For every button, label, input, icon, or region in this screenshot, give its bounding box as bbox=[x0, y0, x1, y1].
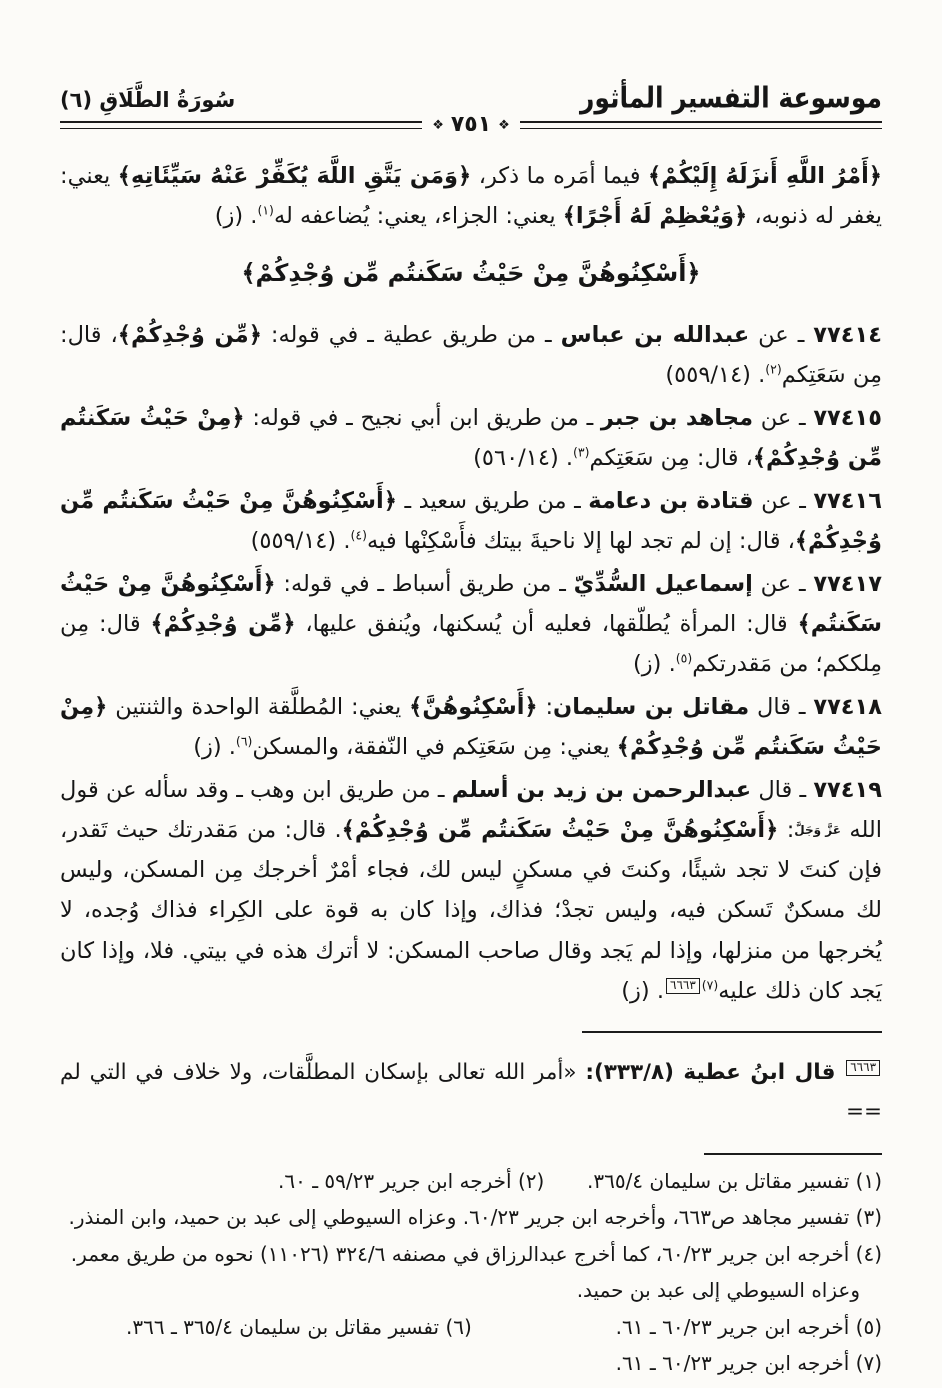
narrator-name: إسماعيل السُّدِّيّ bbox=[574, 571, 753, 597]
footnote-marker: (٤) bbox=[350, 528, 367, 543]
footnote: (١) تفسير مقاتل بن سليمان ٣٦٥/٤. bbox=[587, 1163, 882, 1199]
footnote-marker: (٦) bbox=[236, 734, 253, 749]
header-rule: ❖ ٧٥١ ❖ bbox=[60, 114, 882, 136]
footnote: (٣) تفسير مجاهد ص٦٦٣، وأخرجه ابن جرير ٦٠… bbox=[60, 1199, 882, 1235]
verse-heading: ﴿أَسْكِنُوهُنَّ مِنْ حَيْثُ سَكَنتُم مِّ… bbox=[60, 252, 882, 295]
ibn-atiyya-comment: ٦٦٦٣ قال ابنُ عطية (٣٣٣/٨): «أمر الله تع… bbox=[60, 1054, 882, 1131]
text-run: ـ عن bbox=[753, 571, 814, 597]
footnote: (٧) أخرجه ابن جرير ٦٠/٢٣ ـ ٦١. bbox=[60, 1345, 882, 1381]
footnote-marker: (١) bbox=[257, 203, 274, 218]
footnote: (٦) تفسير مقاتل بن سليمان ٣٦٥/٤ ـ ٣٦٦. bbox=[126, 1309, 472, 1345]
text-run: . (٥٥٩/١٤) bbox=[251, 528, 351, 554]
quran-quote: ﴿مِّن وُجْدِكُمْ﴾ bbox=[150, 611, 295, 637]
text-run: ـ من طريق سعيد ـ bbox=[397, 488, 588, 514]
text-run: ـ عن bbox=[754, 488, 814, 514]
footnote-marker: (٥) bbox=[676, 651, 693, 666]
surah-title: سُورَةُ الطَّلَاقِ (٦) bbox=[60, 88, 235, 112]
text-run: ـ قال bbox=[751, 777, 813, 803]
narrator-name: عبدالله بن عباس bbox=[561, 322, 750, 348]
narration-number: ٧٧٤١٩ bbox=[813, 777, 882, 803]
footnote-marker: (٧) bbox=[702, 977, 719, 992]
text-run: فيما أمَره ما ذكر، bbox=[471, 163, 648, 189]
narration-٧٧٤١٩: ٧٧٤١٩ ـ قال عبدالرحمن بن زيد بن أسلم ـ م… bbox=[60, 770, 882, 1010]
text-run: . قال: من مَقدرتك حيث تَقدر، فإن كنتَ لا… bbox=[60, 817, 882, 1003]
text-run: ، قال: مِن سَعَتِكم bbox=[590, 445, 753, 471]
narrator-name: مقاتل بن سليمان bbox=[553, 694, 749, 720]
narration-number: ٧٧٤١٤ bbox=[813, 322, 882, 348]
page-number-block: ❖ ٧٥١ ❖ bbox=[422, 114, 520, 136]
narration-number: ٧٧٤١٨ bbox=[813, 694, 882, 720]
text-run: ـ من طريق عطية ـ في قوله: bbox=[262, 322, 561, 348]
rosette-icon: ❖ bbox=[498, 119, 510, 132]
text-run: ـ عن bbox=[749, 322, 813, 348]
azza-wa-jall-mark: عَزَّ وَجَلَّ bbox=[794, 820, 841, 841]
text-run: ـ قال bbox=[749, 694, 813, 720]
cross-ref-box: ٦٦٦٣ bbox=[846, 1060, 880, 1076]
narration-number: ٧٧٤١٧ bbox=[813, 571, 882, 597]
footnote: (٢) أخرجه ابن جرير ٥٩/٢٣ ـ ٦٠. bbox=[278, 1163, 544, 1199]
quran-quote: ﴿وَمَن يَتَّقِ اللَّهَ يُكَفِّرْ عَنْهُ … bbox=[118, 163, 471, 189]
comment-separator-rule bbox=[582, 1031, 882, 1033]
book-page: موسوعة التفسير المأثور سُورَةُ الطَّلَاق… bbox=[0, 0, 942, 1388]
page-number: ٧٥١ bbox=[451, 114, 491, 136]
quran-quote: ﴿مِّن وُجْدِكُمْ﴾ bbox=[118, 322, 262, 348]
text-run: ، قال: إن لم تجد لها إلا ناحيةَ بيتك فأَ… bbox=[367, 528, 795, 554]
narration-٧٧٤١٥: ٧٧٤١٥ ـ عن مجاهد بن جبر ـ من طريق ابن أب… bbox=[60, 398, 882, 478]
footnote-row-pair: (١) تفسير مقاتل بن سليمان ٣٦٥/٤.(٢) أخرج… bbox=[60, 1163, 882, 1199]
narrations-list: ٧٧٤١٤ ـ عن عبدالله بن عباس ـ من طريق عطي… bbox=[60, 315, 882, 1011]
text-run bbox=[835, 1060, 844, 1085]
cross-ref-box: ٦٦٦٣ bbox=[666, 978, 700, 994]
text-run: يعني: الجزاء، يعني: يُضاعفه له bbox=[274, 203, 563, 229]
footnote-separator-rule bbox=[704, 1153, 882, 1155]
book-title-calligraphy: موسوعة التفسير المأثور bbox=[580, 81, 882, 114]
text-run: . (٥٦٠/١٤) bbox=[473, 445, 573, 471]
intro-paragraph: ﴿أَمْرُ اللَّهِ أَنزَلَهُ إِلَيْكُمْ﴾ في… bbox=[60, 156, 882, 236]
footnote: (٤) أخرجه ابن جرير ٦٠/٢٣، كما أخرج عبدال… bbox=[60, 1236, 882, 1272]
narration-٧٧٤١٦: ٧٧٤١٦ ـ عن قتادة بن دعامة ـ من طريق سعيد… bbox=[60, 481, 882, 561]
text-run: ـ من طريق أسباط ـ في قوله: bbox=[276, 571, 574, 597]
text-run: . (ز) bbox=[193, 734, 236, 760]
quran-quote: ﴿أَسْكِنُوهُنَّ﴾ bbox=[409, 694, 537, 720]
footnotes-block: (١) تفسير مقاتل بن سليمان ٣٦٥/٤.(٢) أخرج… bbox=[60, 1163, 882, 1381]
text-run: . (ز) bbox=[633, 651, 676, 677]
text-run: . (ز) bbox=[215, 203, 258, 229]
narrator-name: مجاهد بن جبر bbox=[601, 405, 753, 431]
narration-٧٧٤١٨: ٧٧٤١٨ ـ قال مقاتل بن سليمان: ﴿أَسْكِنُوه… bbox=[60, 687, 882, 767]
main-text: ﴿أَمْرُ اللَّهِ أَنزَلَهُ إِلَيْكُمْ﴾ في… bbox=[60, 156, 882, 1011]
narration-number: ٧٧٤١٦ bbox=[813, 488, 882, 514]
narrator-name: قتادة بن دعامة bbox=[588, 488, 753, 514]
quran-quote: ﴿وَيُعْظِمْ لَهُ أَجْرًا﴾ bbox=[563, 203, 747, 229]
footnote-marker: (٢) bbox=[765, 361, 782, 376]
quran-quote: ﴿أَسْكِنُوهُنَّ مِنْ حَيْثُ سَكَنتُم مِّ… bbox=[342, 817, 779, 843]
text-run: ـ عن bbox=[753, 405, 813, 431]
text-run: : bbox=[538, 694, 553, 720]
rule-segment-left bbox=[60, 121, 422, 129]
narration-٧٧٤١٧: ٧٧٤١٧ ـ عن إسماعيل السُّدِّيّ ـ من طريق … bbox=[60, 564, 882, 684]
footnote: (٥) أخرجه ابن جرير ٦٠/٢٣ ـ ٦١. bbox=[616, 1309, 882, 1345]
rule-segment-right bbox=[520, 121, 882, 129]
text-run: يعني: المُطلَّقة الواحدة والثنتين bbox=[107, 694, 409, 720]
text-run: قال: المرأة يُطلّقها، فعليه أن يُسكنها، … bbox=[296, 611, 798, 637]
text-run: . (ز) bbox=[621, 978, 664, 1004]
text-run: : bbox=[778, 817, 794, 843]
narration-number: ٧٧٤١٥ bbox=[813, 405, 882, 431]
rosette-icon: ❖ bbox=[432, 119, 444, 132]
text-run: يعني: مِن سَعَتِكم في النّفقة، والمسكن bbox=[252, 734, 616, 760]
footnote-marker: (٣) bbox=[573, 444, 590, 459]
narrator-name: عبدالرحمن بن زيد بن أسلم bbox=[452, 777, 751, 803]
quran-quote: ﴿أَمْرُ اللَّهِ أَنزَلَهُ إِلَيْكُمْ﴾ bbox=[648, 163, 882, 189]
footnote-row-pair: (٥) أخرجه ابن جرير ٦٠/٢٣ ـ ٦١.(٦) تفسير … bbox=[60, 1309, 882, 1345]
text-run: . (٥٥٩/١٤) bbox=[665, 362, 765, 388]
page-header: موسوعة التفسير المأثور سُورَةُ الطَّلَاق… bbox=[60, 68, 882, 112]
narration-٧٧٤١٤: ٧٧٤١٤ ـ عن عبدالله بن عباس ـ من طريق عطي… bbox=[60, 315, 882, 395]
narrator-name: قال ابنُ عطية (٣٣٣/٨): bbox=[585, 1060, 835, 1085]
footnote-continuation: وعزاه السيوطي إلى عبد بن حميد. bbox=[60, 1272, 882, 1308]
text-run: ـ من طريق ابن أبي نجيح ـ في قوله: bbox=[245, 405, 601, 431]
